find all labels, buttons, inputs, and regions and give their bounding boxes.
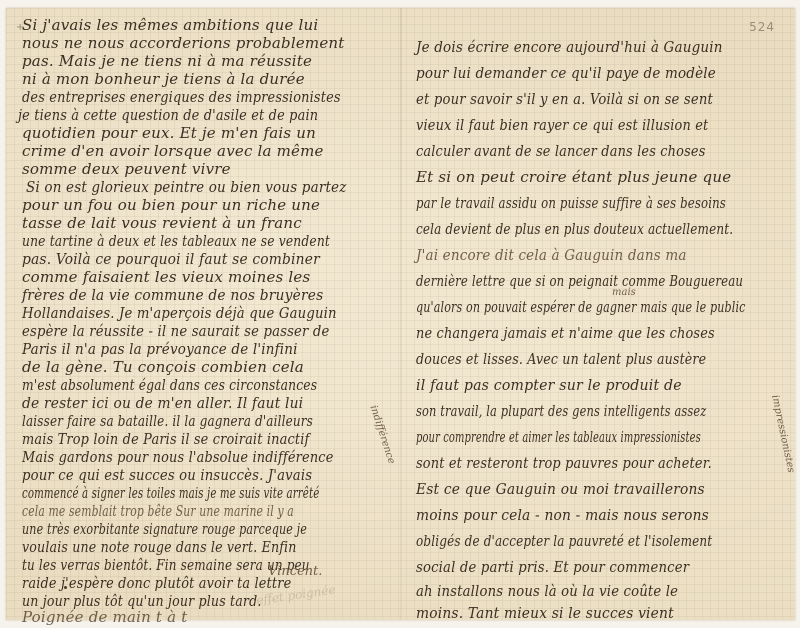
handwritten-line: Est ce que Gauguin ou moi travaillerons	[416, 480, 705, 498]
margin-note: impressionistes	[769, 394, 796, 474]
handwritten-line: il faut pas compter sur le produit de	[416, 376, 682, 394]
handwritten-line: une très exorbitante signature rouge par…	[22, 520, 307, 538]
signature: Vincent.	[268, 564, 322, 579]
handwritten-line: Je dois écrire encore aujourd'hui à Gaug…	[416, 38, 723, 56]
handwritten-line: ne changera jamais et n'aime que les cho…	[416, 324, 715, 342]
handwritten-line: espère la réussite - il ne saurait se pa…	[22, 322, 330, 340]
handwritten-line: quotidien pour eux. Et je m'en fais un	[22, 124, 316, 142]
handwritten-line: ni à mon bonheur je tiens à la durée	[22, 70, 305, 88]
handwritten-line: une tartine à deux et les tableaux ne se…	[22, 232, 330, 250]
handwritten-line: J'ai encore dit cela à Gauguin dans ma	[416, 246, 687, 264]
margin-note: indifférence	[368, 404, 397, 465]
page-number: 524	[749, 20, 775, 34]
handwritten-line: tasse de lait vous revient à un franc	[22, 214, 302, 232]
handwritten-line: nous ne nous accorderions probablement	[22, 34, 345, 52]
handwritten-line: dernière lettre que si on peignait comme…	[416, 272, 743, 290]
handwritten-line: Hollandaises. Je m'aperçois déjà que Gau…	[22, 304, 337, 322]
handwritten-line: m'est absolument égal dans ces circonsta…	[22, 376, 317, 394]
handwritten-line: vieux il faut bien rayer ce qui est illu…	[416, 116, 708, 134]
handwritten-line: Si on est glorieux peintre ou bien vous …	[26, 178, 347, 196]
handwritten-line: je tiens à cette question de d'asile et …	[18, 106, 318, 124]
handwritten-line: cela devient de plus en plus douteux act…	[416, 220, 733, 238]
handwritten-line: pas. Mais je ne tiens ni à ma réussite	[22, 52, 312, 70]
handwritten-line: somme deux peuvent vivre	[22, 160, 231, 178]
handwritten-line: Paris il n'a pas la prévoyance de l'infi…	[22, 340, 298, 358]
handwritten-line: obligés de d'accepter la pauvreté et l'i…	[416, 532, 712, 550]
handwritten-line: Et si on peut croire étant plus jeune qu…	[416, 168, 731, 186]
handwritten-line: comme faisaient les vieux moines les	[22, 268, 310, 286]
handwritten-line: des entreprises energiques des impressio…	[22, 88, 341, 106]
handwritten-line: crime d'en avoir lorsque avec la même	[22, 142, 324, 160]
handwritten-line: mais Trop loin de Paris il se croirait i…	[22, 430, 309, 448]
handwritten-line: et pour savoir s'il y en a. Voilà si on …	[416, 90, 713, 108]
handwritten-line: ah installons nous là où la vie coûte le	[416, 582, 678, 600]
handwritten-line: de la gène. Tu conçois combien cela	[22, 358, 304, 376]
handwritten-line: douces et lisses. Avec un talent plus au…	[416, 350, 706, 368]
letter-sheet: + Si j'avais les mêmes ambitions que lui…	[6, 8, 795, 620]
handwritten-line: Si j'avais les mêmes ambitions que lui	[22, 16, 318, 34]
handwritten-line: pour un fou ou bien pour un riche une	[22, 196, 320, 214]
handwritten-line: raide j'espère donc plutôt avoir ta lett…	[22, 574, 291, 592]
handwritten-line: pour comprendre et aimer les tableaux im…	[416, 428, 701, 446]
handwritten-line: frères de la vie commune de nos bruyères	[22, 286, 323, 304]
handwritten-line: tu les verras bientôt. Fin semaine sera …	[22, 556, 310, 574]
handwritten-line: commencé à signer les toiles mais je me …	[22, 484, 319, 502]
handwritten-line: par le travail assidu on puisse suffire …	[416, 194, 726, 212]
handwritten-line: Poignée de main t à t	[22, 608, 187, 626]
handwritten-line: cela me semblait trop bête Sur une marin…	[22, 502, 294, 520]
handwritten-line: pas. Voilà ce pourquoi il faut se combin…	[22, 250, 320, 268]
handwritten-line: de rester ici ou de m'en aller. Il faut …	[22, 394, 303, 412]
handwritten-line: calculer avant de se lancer dans les cho…	[416, 142, 705, 160]
ink-dot	[64, 586, 67, 589]
handwritten-line: Mais gardons pour nous l'absolue indiffé…	[22, 448, 334, 466]
handwritten-line: pour ce qui est succes ou insuccès. J'av…	[22, 466, 312, 484]
handwritten-line: son travail, la plupart des gens intelli…	[416, 402, 706, 420]
handwritten-line: social de parti pris. Et pour commencer	[416, 558, 689, 576]
right-page: 524 Je dois écrire encore aujourd'hui à …	[402, 8, 795, 620]
handwritten-line: qu'alors on pouvait espérer de gagner ma…	[416, 298, 746, 316]
handwritten-line: laisser faire sa bataille. il la gagnera…	[22, 412, 313, 430]
handwritten-line: pour lui demander ce qu'il paye de modèl…	[416, 64, 716, 82]
left-page: Si j'avais les mêmes ambitions que lui n…	[6, 8, 400, 620]
handwritten-line: voulais une note rouge dans le vert. Enf…	[22, 538, 297, 556]
handwritten-line: moins. Tant mieux si le succes vient	[416, 604, 674, 622]
handwritten-line: moins pour cela - non - mais nous serons	[416, 506, 709, 524]
interlinear-note: mais	[612, 287, 636, 298]
handwritten-line: sont et resteront trop pauvres pour ache…	[416, 454, 712, 472]
